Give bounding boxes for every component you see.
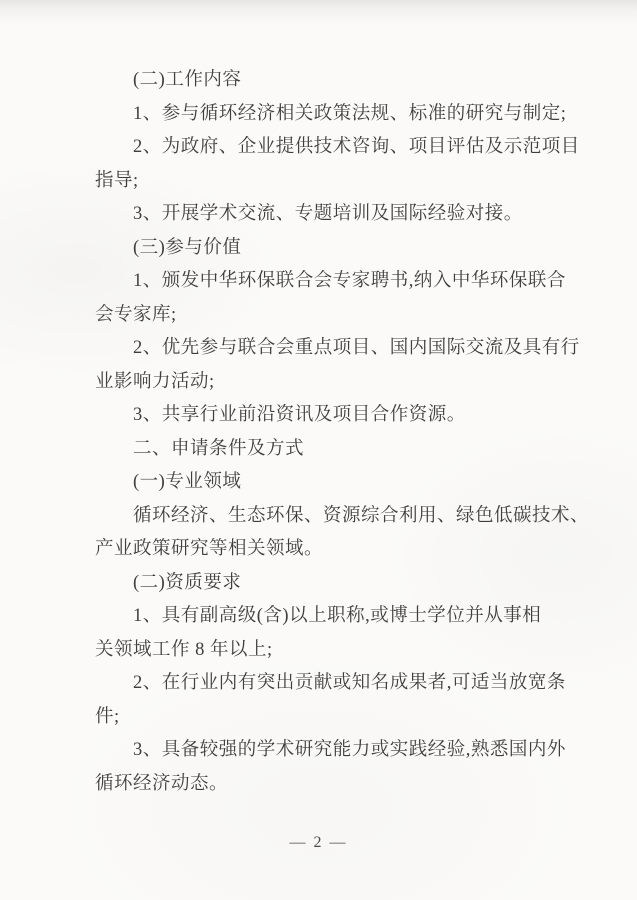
text-line: 1、具有副高级(含)以上职称,或博士学位并从事相 xyxy=(95,600,557,634)
text-line: 1、颁发中华环保联合会专家聘书,纳入中华环保联合 xyxy=(95,265,557,299)
text-line: 循环经济动态。 xyxy=(95,768,557,802)
text-line: 3、开展学术交流、专题培训及国际经验对接。 xyxy=(95,198,557,232)
text-line: 关领域工作 8 年以上; xyxy=(95,634,557,668)
text-line: 3、具备较强的学术研究能力或实践经验,熟悉国内外 xyxy=(95,734,557,768)
text-line: 2、为政府、企业提供技术咨询、项目评估及示范项目 xyxy=(95,131,557,165)
text-line: 3、共享行业前沿资讯及项目合作资源。 xyxy=(95,399,557,433)
text-line: 会专家库; xyxy=(95,299,557,333)
text-line: 指导; xyxy=(95,165,557,199)
text-line: 1、参与循环经济相关政策法规、标准的研究与制定; xyxy=(95,98,557,132)
text-line: 二、申请条件及方式 xyxy=(95,433,557,467)
text-line: (三)参与价值 xyxy=(95,232,557,266)
text-line: (一)专业领域 xyxy=(95,466,557,500)
text-line: (二)资质要求 xyxy=(95,567,557,601)
text-line: (二)工作内容 xyxy=(95,64,557,98)
text-line: 业影响力活动; xyxy=(95,366,557,400)
page-number: — 2 — xyxy=(0,834,637,852)
text-line: 件; xyxy=(95,701,557,735)
text-line: 2、优先参与联合会重点项目、国内国际交流及具有行 xyxy=(95,332,557,366)
scanned-document-page: (二)工作内容1、参与循环经济相关政策法规、标准的研究与制定;2、为政府、企业提… xyxy=(0,0,637,900)
text-line: 循环经济、生态环保、资源综合利用、绿色低碳技术、 xyxy=(95,500,557,534)
text-line: 2、在行业内有突出贡献或知名成果者,可适当放宽条 xyxy=(95,667,557,701)
document-lines: (二)工作内容1、参与循环经济相关政策法规、标准的研究与制定;2、为政府、企业提… xyxy=(95,64,557,801)
text-line: 产业政策研究等相关领域。 xyxy=(95,533,557,567)
